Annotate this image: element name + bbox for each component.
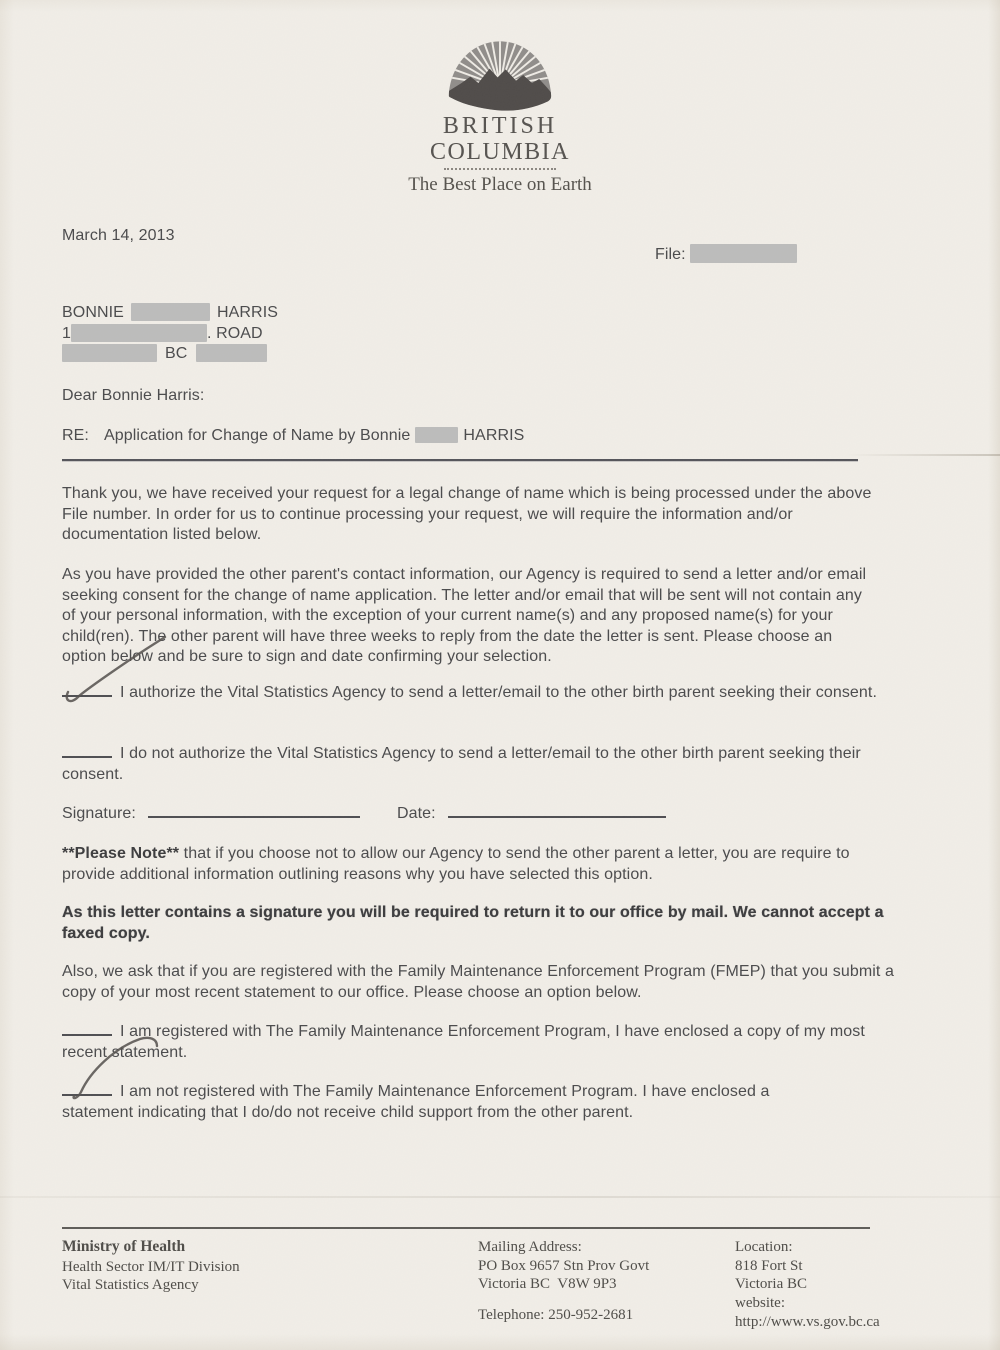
logo-dotted-divider [444,168,556,170]
footer-mailing-line1: PO Box 9657 Stn Prov Govt [478,1257,649,1276]
bc-crest-icon [444,35,556,111]
paragraph-return-by-mail: As this letter contains a signature you … [62,903,894,944]
redaction-box-subject-name [415,427,458,443]
footer-division: Health Sector IM/IT Division [62,1258,240,1277]
paragraph-fmep: Also, we ask that if you are registered … [62,962,894,1003]
redaction-box-postal-code [196,344,267,362]
footer-location-line1: 818 Fort St [735,1257,807,1276]
option-registered-blank-line [62,1022,112,1036]
street-number-prefix: 1 [62,325,71,342]
option-not-authorize-blank-line [62,744,112,758]
redaction-box-middle-name [131,303,210,321]
paper-texture-overlay [0,0,1000,1350]
recipient-address-block: BONNIEHARRIS 1. ROAD BC [62,303,278,365]
file-number-row: File: [655,244,797,266]
street-suffix: . ROAD [207,325,263,342]
option-not-authorize-text: I do not authorize the Vital Statistics … [62,745,861,783]
signature-date-row: Signature:Date: [62,804,666,825]
signature-blank-line [148,804,360,818]
subject-label: RE: [62,426,104,447]
option-registered-fmep: I am registered with The Family Maintena… [62,1022,894,1063]
scanned-letter-page: BRITISH COLUMBIA The Best Place on Earth… [0,0,1000,1350]
subject-divider-rule [62,459,858,461]
paper-crease [0,1196,1000,1198]
footer-telephone-label: Telephone: [478,1307,544,1323]
paper-crease [846,454,1000,456]
option-not-authorize: I do not authorize the Vital Statistics … [62,744,892,785]
letter-date: March 14, 2013 [62,226,175,247]
footer-agency: Vital Statistics Agency [62,1276,240,1295]
recipient-city-line: BC [62,344,278,365]
footer-divider-rule [62,1227,870,1229]
option-not-registered-fmep: I am not registered with The Family Main… [62,1082,840,1123]
please-note-rest: that if you choose not to allow our Agen… [62,845,850,883]
footer-location-line2: Victoria BC [735,1275,807,1294]
footer-telephone-number: 250-952-2681 [548,1307,633,1323]
footer-mailing-block: Mailing Address: PO Box 9657 Stn Prov Go… [478,1238,649,1294]
option-not-registered-blank-line [62,1082,112,1096]
date-blank-line [448,804,666,818]
redaction-box-file-number [690,244,797,263]
logo-name-line1: BRITISH [0,114,1000,139]
logo-name-line2: COLUMBIA [0,139,1000,165]
recipient-last-name: HARRIS [217,304,278,321]
signature-label: Signature: [62,805,136,822]
subject-line: RE:Application for Change of Name by Bon… [62,426,524,447]
footer-ministry-block: Ministry of Health Health Sector IM/IT D… [62,1238,240,1295]
option-authorize-blank-line [62,683,112,697]
redaction-box-city [62,344,157,362]
subject-text: Application for Change of Name by Bonnie [104,427,410,444]
footer-mailing-label: Mailing Address: [478,1238,649,1257]
province-abbrev: BC [165,345,187,362]
footer-website-url: http://www.vs.gov.bc.ca [735,1313,880,1332]
option-authorize: I authorize the Vital Statistics Agency … [62,683,880,704]
date-label: Date: [397,805,436,822]
recipient-name-line: BONNIEHARRIS [62,303,278,324]
please-note-lead: **Please Note** [62,845,179,862]
option-registered-text: I am registered with The Family Maintena… [62,1023,865,1061]
recipient-first-name: BONNIE [62,304,124,321]
paragraph-please-note: **Please Note** that if you choose not t… [62,844,862,885]
paragraph-intro: Thank you, we have received your request… [62,484,892,546]
file-label: File: [655,246,686,263]
footer-website-label: website: [735,1294,880,1313]
letterhead: BRITISH COLUMBIA The Best Place on Earth [0,35,1000,196]
footer-mailing-line2: Victoria BC V8W 9P3 [478,1275,649,1294]
footer-location-label: Location: [735,1238,807,1257]
option-not-registered-text: I am not registered with The Family Main… [62,1083,770,1121]
subject-text-after: HARRIS [463,427,524,444]
logo-tagline: The Best Place on Earth [0,174,1000,196]
footer-location-block: Location: 818 Fort St Victoria BC [735,1238,807,1294]
paragraph-consent-explanation: As you have provided the other parent's … [62,565,868,668]
footer-website-block: website: http://www.vs.gov.bc.ca [735,1294,880,1331]
footer-telephone-row: Telephone: 250-952-2681 [478,1306,633,1325]
salutation: Dear Bonnie Harris: [62,386,204,407]
footer-ministry-name: Ministry of Health [62,1238,240,1257]
option-authorize-text: I authorize the Vital Statistics Agency … [120,684,877,701]
recipient-street-line: 1. ROAD [62,324,278,345]
redaction-box-street [71,324,207,342]
